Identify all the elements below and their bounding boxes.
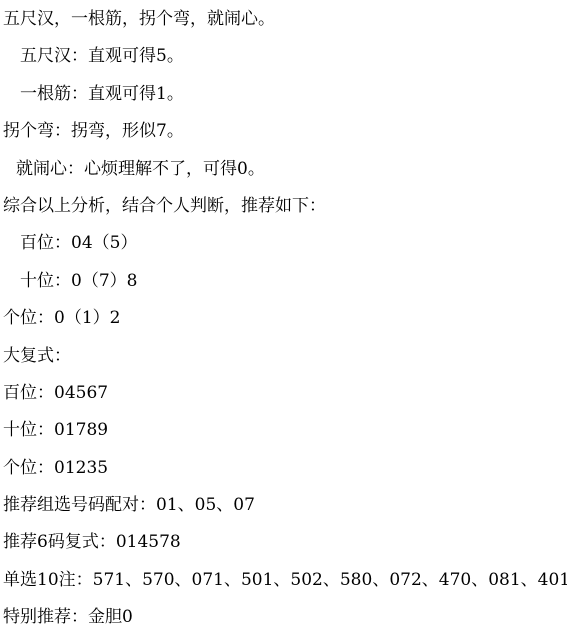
- hundreds-pick: 百位：04（5）: [3, 225, 567, 262]
- summary-line: 综合以上分析，结合个人判断，推荐如下：: [3, 188, 567, 225]
- compound-tens: 十位：01789: [3, 412, 567, 449]
- units-pick: 个位：0（1）2: [3, 300, 567, 337]
- ten-single-picks: 单选10注：571、570、071、501、502、580、072、470、08…: [3, 562, 567, 599]
- compound-header: 大复式：: [3, 338, 567, 375]
- riddle-clue-guaigewan: 拐个弯：拐弯，形似7。: [3, 113, 567, 150]
- compound-hundreds: 百位：04567: [3, 375, 567, 412]
- group-pair-recommendation: 推荐组选号码配对：01、05、07: [3, 487, 567, 524]
- tens-pick: 十位：0（7）8: [3, 263, 567, 300]
- riddle-clue-jiunaoxin: 就闹心：心烦理解不了，可得0。: [3, 151, 567, 188]
- special-recommendation: 特别推荐：金胆0: [3, 599, 567, 636]
- riddle-clue-yigenjin: 一根筋：直观可得1。: [3, 76, 567, 113]
- riddle-clue-wuchihan: 五尺汉：直观可得5。: [3, 38, 567, 75]
- riddle-line: 五尺汉，一根筋，拐个弯，就闹心。: [3, 1, 567, 38]
- compound-units: 个位：01235: [3, 450, 567, 487]
- document: 五尺汉，一根筋，拐个弯，就闹心。 五尺汉：直观可得5。 一根筋：直观可得1。 拐…: [0, 0, 567, 639]
- six-code-compound: 推荐6码复式：014578: [3, 524, 567, 561]
